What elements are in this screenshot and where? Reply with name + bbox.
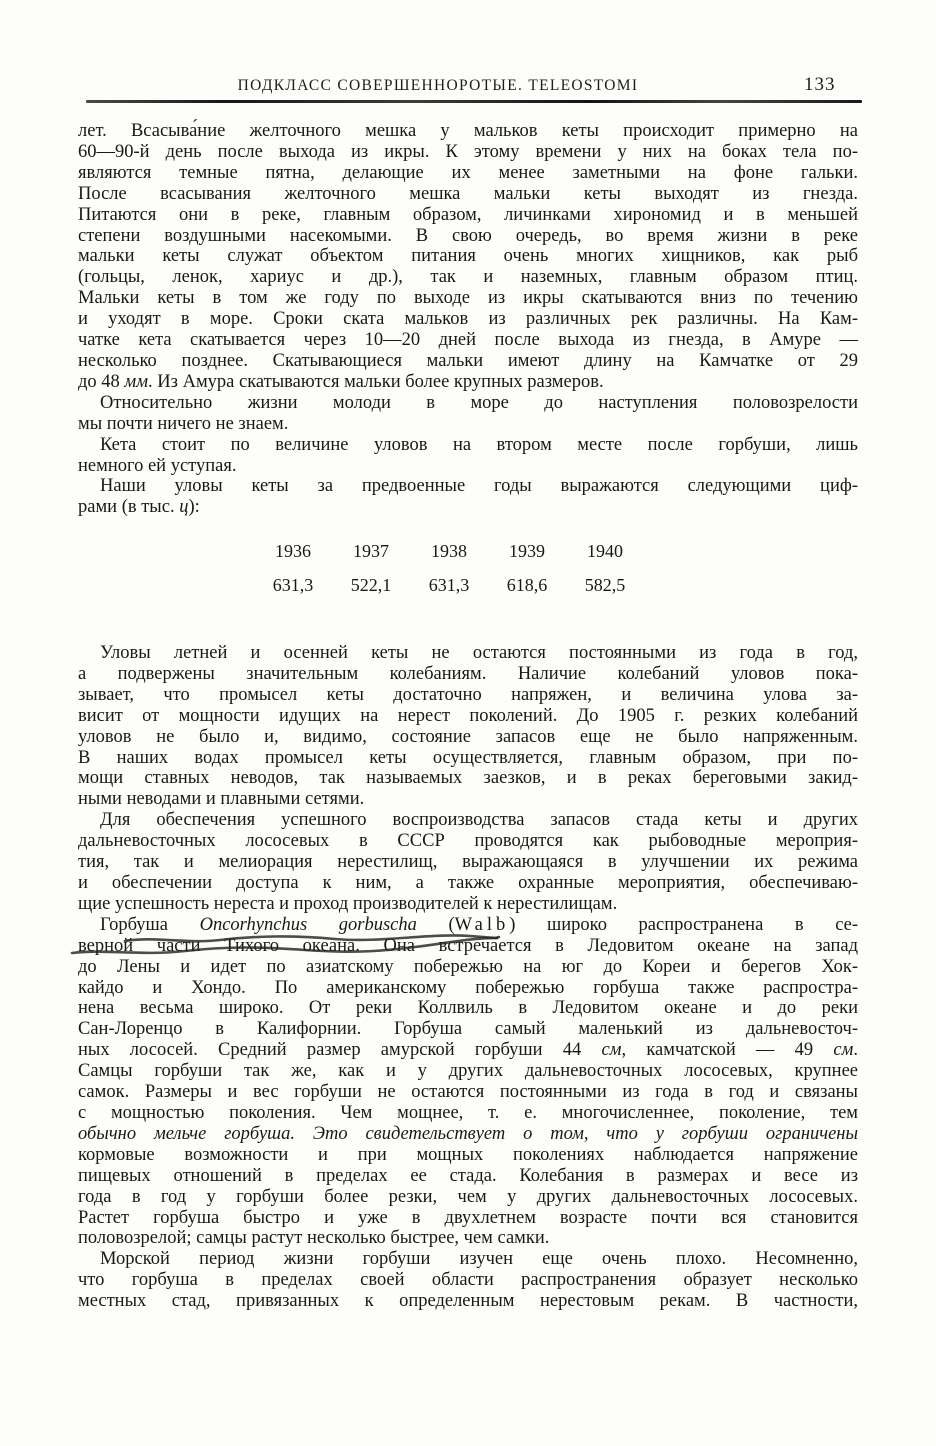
text-line: до Лены и идет по азиатскому побережью н… bbox=[78, 957, 858, 978]
text-run: Walb bbox=[455, 915, 510, 935]
text-line: и уходят в море. Сроки ската мальков из … bbox=[78, 309, 858, 330]
text-line: года в год у горбуши более резки, чем у … bbox=[78, 1187, 858, 1208]
text-line: Наши уловы кеты за предвоенные годы выра… bbox=[78, 476, 858, 497]
text-line: рами (в тыс. ц): bbox=[78, 497, 858, 518]
text-line: лет. Всасыва́ние желточного мешка у маль… bbox=[78, 121, 858, 142]
running-head-title: ПОДКЛАСС СОВЕРШЕННОРОТЫЕ. TELEOSTOMI bbox=[168, 77, 708, 95]
text-run: В наших водах промысел кеты осуществляет… bbox=[78, 748, 858, 768]
text-run: . Из Амура скатываются мальки более круп… bbox=[148, 372, 604, 392]
text-run: Мальки кеты в том же году по выходе из и… bbox=[78, 288, 858, 308]
text-run: (гольцы, ленок, хариус и др.), так и наз… bbox=[78, 267, 858, 287]
text-line: После всасывания желточного мешка мальки… bbox=[78, 184, 858, 205]
text-line: дальневосточных лососевых в СССР проводя… bbox=[78, 831, 858, 852]
italic-text-run: обычно мельче горбуша. Это свидетельству… bbox=[78, 1124, 858, 1144]
text-line: Мальки кеты в том же году по выходе из и… bbox=[78, 288, 858, 309]
text-run: местных стад, привязанных к определенным… bbox=[78, 1291, 858, 1311]
italic-text-run: Oncorhynchus gorbuscha bbox=[200, 915, 417, 935]
text-run: мальки кеты служат объектом питания очен… bbox=[78, 246, 858, 266]
text-run: , камчатской — 49 bbox=[622, 1040, 834, 1060]
text-run: зывает, что промысел кеты достаточно нап… bbox=[78, 685, 858, 705]
text-line: Относительно жизни молоди в море до наст… bbox=[78, 393, 858, 414]
text-line: с мощностью поколения. Чем мощнее, т. е.… bbox=[78, 1103, 858, 1124]
text-run: Кета стоит по величине уловов на втором … bbox=[100, 435, 858, 455]
text-run: мы почти ничего не знаем. bbox=[78, 414, 288, 434]
text-run: являются темные пятна, делающие их менее… bbox=[78, 163, 858, 183]
text-line: являются темные пятна, делающие их менее… bbox=[78, 163, 858, 184]
text-run: дальневосточных лососевых в СССР проводя… bbox=[78, 831, 858, 851]
text-line: зывает, что промысел кеты достаточно нап… bbox=[78, 685, 858, 706]
year-cell: 1937 bbox=[332, 541, 410, 562]
text-run: мощи ставных неводов, так называемых зае… bbox=[78, 768, 858, 788]
text-run: и уходят в море. Сроки ската мальков из … bbox=[78, 309, 858, 329]
text-line: местных стад, привязанных к определенным… bbox=[78, 1291, 858, 1312]
text-run: года в год у горбуши более резки, чем у … bbox=[78, 1187, 858, 1207]
text-run: ных лососей. Средний размер амурской гор… bbox=[78, 1040, 601, 1060]
text-run: немного ей уступая. bbox=[78, 456, 237, 476]
text-line: Горбуша Oncorhynchus gorbuscha (Walb) ши… bbox=[78, 915, 858, 936]
text-run: Сан-Лоренцо в Калифорнии. Горбуша самый … bbox=[78, 1019, 858, 1039]
text-line: В наших водах промысел кеты осуществляет… bbox=[78, 748, 858, 769]
catch-value-cell: 631,3 bbox=[410, 575, 488, 596]
text-line: что горбуша в пределах своей области рас… bbox=[78, 1270, 858, 1291]
text-line: обычно мельче горбуша. Это свидетельству… bbox=[78, 1124, 858, 1145]
text-line: верной части Тихого океана. Она встречае… bbox=[78, 936, 858, 957]
text-line: степени воздушными насекомыми. В свою оч… bbox=[78, 226, 858, 247]
text-run: с мощностью поколения. Чем мощнее, т. е.… bbox=[78, 1103, 858, 1123]
text-run: до Лены и идет по азиатскому побережью н… bbox=[78, 957, 858, 977]
text-run: После всасывания желточного мешка мальки… bbox=[78, 184, 858, 204]
text-line: мощи ставных неводов, так называемых зае… bbox=[78, 768, 858, 789]
catch-statistics-table: 19361937193819391940631,3522,1631,3618,6… bbox=[254, 541, 858, 596]
text-run: Для обеспечения успешного воспроизводств… bbox=[100, 810, 858, 830]
book-page: ПОДКЛАСС СОВЕРШЕННОРОТЫЕ. TELEOSTOMI 133… bbox=[0, 0, 936, 1446]
text-line: щие успешность нереста и проход производ… bbox=[78, 894, 858, 915]
text-line: (гольцы, ленок, хариус и др.), так и наз… bbox=[78, 267, 858, 288]
text-line: уловов не было и, видимо, состояние запа… bbox=[78, 727, 858, 748]
text-run: Морской период жизни горбуши изучен еще … bbox=[100, 1249, 858, 1269]
text-line: кайдо и Хондо. По американскому побережь… bbox=[78, 978, 858, 999]
text-run: до 48 bbox=[78, 372, 124, 392]
text-run: ( bbox=[417, 915, 455, 935]
text-line: висит от мощности идущих на нерест покол… bbox=[78, 706, 858, 727]
text-line: до 48 мм. Из Амура скатываются мальки бо… bbox=[78, 372, 858, 393]
text-line: кормовые возможности и при мощных поколе… bbox=[78, 1145, 858, 1166]
text-run: нена весьма широко. От реки Коллвиль в Л… bbox=[78, 998, 858, 1018]
text-run: степени воздушными насекомыми. В свою оч… bbox=[78, 226, 858, 246]
catch-value-cell: 618,6 bbox=[488, 575, 566, 596]
text-line: а подвержены значительным колебаниям. На… bbox=[78, 664, 858, 685]
text-line: Уловы летней и осенней кеты не остаются … bbox=[78, 643, 858, 664]
text-line: несколько позднее. Скатывающиеся мальки … bbox=[78, 351, 858, 372]
text-line: мальки кеты служат объектом питания очен… bbox=[78, 246, 858, 267]
text-run: Растет горбуша быстро и уже в двухлетнем… bbox=[78, 1208, 858, 1228]
text-run: Самцы горбуши так же, как и у других дал… bbox=[78, 1061, 858, 1081]
text-run: уловов не было и, видимо, состояние запа… bbox=[78, 727, 858, 747]
text-run: Горбуша bbox=[100, 915, 200, 935]
italic-text-run: мм bbox=[124, 372, 148, 392]
text-run: рами (в тыс. bbox=[78, 497, 179, 517]
catch-value-cell: 631,3 bbox=[254, 575, 332, 596]
text-run: 60—90-й день после выхода из икры. К это… bbox=[78, 142, 858, 162]
text-run: половозрелой; самцы растут несколько быс… bbox=[78, 1228, 549, 1248]
text-line: Для обеспечения успешного воспроизводств… bbox=[78, 810, 858, 831]
text-run: Наши уловы кеты за предвоенные годы выра… bbox=[100, 476, 858, 496]
text-run: чатке кета скатывается через 10—20 дней … bbox=[78, 330, 858, 350]
text-line: Кета стоит по величине уловов на втором … bbox=[78, 435, 858, 456]
text-run: ) широко распространена в се- bbox=[509, 915, 858, 935]
text-run: тия, так и мелиорация нерестилищ, выража… bbox=[78, 852, 858, 872]
page-text: лет. Всасыва́ние желточного мешка у маль… bbox=[78, 121, 858, 1312]
catch-value-cell: 522,1 bbox=[332, 575, 410, 596]
text-line: Сан-Лоренцо в Калифорнии. Горбуша самый … bbox=[78, 1019, 858, 1040]
text-run: Питаются они в реке, главным образом, ли… bbox=[78, 205, 858, 225]
text-run: что горбуша в пределах своей области рас… bbox=[78, 1270, 858, 1290]
text-line: нена весьма широко. От реки Коллвиль в Л… bbox=[78, 998, 858, 1019]
values-row: 631,3522,1631,3618,6582,5 bbox=[254, 575, 858, 596]
text-line: Растет горбуша быстро и уже в двухлетнем… bbox=[78, 1208, 858, 1229]
text-line: ными неводами и плавными сетями. bbox=[78, 789, 858, 810]
text-line: Самцы горбуши так же, как и у других дал… bbox=[78, 1061, 858, 1082]
text-line: чатке кета скатывается через 10—20 дней … bbox=[78, 330, 858, 351]
text-line: мы почти ничего не знаем. bbox=[78, 414, 858, 435]
text-run: кайдо и Хондо. По американскому побережь… bbox=[78, 978, 858, 998]
text-line: тия, так и мелиорация нерестилищ, выража… bbox=[78, 852, 858, 873]
text-run: несколько позднее. Скатывающиеся мальки … bbox=[78, 351, 858, 371]
text-run: пищевых отношений в пределах ее стада. К… bbox=[78, 1166, 858, 1186]
years-row: 19361937193819391940 bbox=[254, 541, 858, 562]
header-rule bbox=[86, 100, 862, 103]
text-line: Питаются они в реке, главным образом, ли… bbox=[78, 205, 858, 226]
text-run: лет. Всасыва́ние желточного мешка у маль… bbox=[78, 121, 858, 141]
text-run: самок. Размеры и вес горбуши не остаются… bbox=[78, 1082, 858, 1102]
text-run: висит от мощности идущих на нерест покол… bbox=[78, 706, 858, 726]
text-line: Морской период жизни горбуши изучен еще … bbox=[78, 1249, 858, 1270]
text-line: самок. Размеры и вес горбуши не остаются… bbox=[78, 1082, 858, 1103]
text-line: 60—90-й день после выхода из икры. К это… bbox=[78, 142, 858, 163]
text-line: пищевых отношений в пределах ее стада. К… bbox=[78, 1166, 858, 1187]
text-run: ): bbox=[188, 497, 199, 517]
text-run: верной части Тихого океана. Она встречае… bbox=[78, 936, 858, 956]
text-run: ными неводами и плавными сетями. bbox=[78, 789, 364, 809]
text-run: кормовые возможности и при мощных поколе… bbox=[78, 1145, 858, 1165]
text-run: а подвержены значительным колебаниям. На… bbox=[78, 664, 858, 684]
text-line: немного ей уступая. bbox=[78, 456, 858, 477]
year-cell: 1938 bbox=[410, 541, 488, 562]
text-run: щие успешность нереста и проход производ… bbox=[78, 894, 617, 914]
italic-text-run: см bbox=[833, 1040, 853, 1060]
text-line: ных лососей. Средний размер амурской гор… bbox=[78, 1040, 858, 1061]
text-run: Относительно жизни молоди в море до наст… bbox=[100, 393, 858, 413]
text-run: . bbox=[853, 1040, 858, 1060]
text-line: и обеспечении доступа к ним, а также охр… bbox=[78, 873, 858, 894]
catch-value-cell: 582,5 bbox=[566, 575, 644, 596]
text-run: и обеспечении доступа к ним, а также охр… bbox=[78, 873, 858, 893]
year-cell: 1939 bbox=[488, 541, 566, 562]
text-line: половозрелой; самцы растут несколько быс… bbox=[78, 1228, 858, 1249]
italic-text-run: см bbox=[601, 1040, 621, 1060]
year-cell: 1940 bbox=[566, 541, 644, 562]
year-cell: 1936 bbox=[254, 541, 332, 562]
text-run: Уловы летней и осенней кеты не остаются … bbox=[100, 643, 858, 663]
page-number: 133 bbox=[804, 74, 836, 96]
